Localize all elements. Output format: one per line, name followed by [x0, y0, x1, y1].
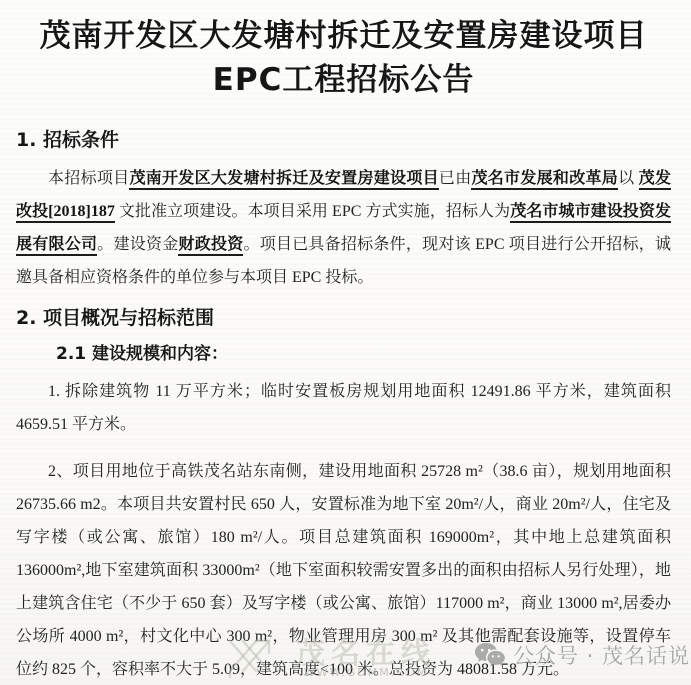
wechat-icon: [474, 642, 505, 669]
text-segment: 已由: [439, 170, 472, 187]
funding-source-underlined: 财政投资: [178, 236, 243, 256]
text-segment: 本招标项目: [48, 170, 129, 187]
section-heading-tender-conditions: 1. 招标条件: [16, 128, 671, 152]
scale-item-demolition: 1. 拆除建筑物 11 万平方米；临时安置板房规划用地面积 12491.86 平…: [16, 375, 671, 441]
subsection-heading-scale-and-content: 2.1 建设规模和内容：: [16, 343, 671, 365]
tender-conditions-paragraph: 本招标项目茂南开发区大发塘村拆迁及安置房建设项目已由茂名市发展和改革局以 茂发改…: [16, 162, 671, 294]
text-segment: 以: [618, 170, 639, 187]
section-heading-project-overview: 2. 项目概况与招标范围: [16, 306, 671, 330]
wechat-account-badge: 公众号 · 茂名话说: [474, 640, 690, 670]
page-title: 茂南开发区大发塘村拆迁及安置房建设项目 EPC工程招标公告: [16, 14, 671, 102]
document-content: 茂南开发区大发塘村拆迁及安置房建设项目 EPC工程招标公告 1. 招标条件 本招…: [0, 0, 691, 685]
page-title-line-2: EPC工程招标公告: [16, 58, 671, 102]
wechat-account-label: 公众号 · 茂名话说: [513, 640, 690, 670]
page-title-line-1: 茂南开发区大发塘村拆迁及安置房建设项目: [16, 14, 671, 58]
text-segment: 。建设资金: [97, 236, 178, 253]
approval-authority-underlined: 茂名市发展和改革局: [471, 170, 618, 190]
tender-announcement-document: 茂南开发区大发塘村拆迁及安置房建设项目 EPC工程招标公告 1. 招标条件 本招…: [0, 0, 691, 685]
text-segment: 文批准立项建设。本项目采用 EPC 方式实施，招标人为: [115, 203, 510, 220]
project-name-underlined: 茂南开发区大发塘村拆迁及安置房建设项目: [129, 170, 438, 190]
